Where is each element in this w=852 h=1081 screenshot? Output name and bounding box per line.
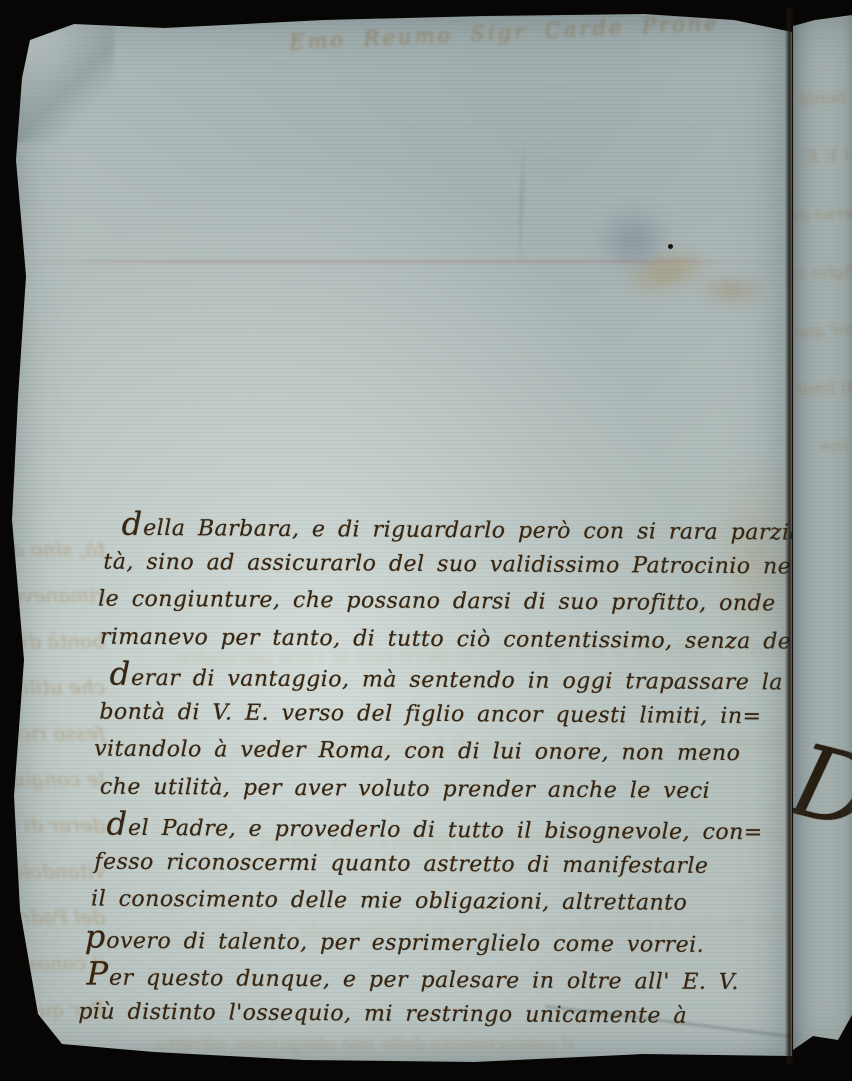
manuscript-line: che utilità, per aver voluto prender anc… [100,768,796,810]
vertical-crease [518,136,526,271]
faded-top-inscription: Emo Reumo Sigr Carde Prone [289,10,750,55]
verso-showthrough-bottom: il conoscimento delle mie obligazioni, a… [154,1030,574,1066]
manuscript-line: Per questo dunque, e per palesare in olt… [86,956,794,998]
horizontal-crease [16,260,782,263]
verso-showthrough-line: fesso riconoscermi quanto astretto di ma… [10,710,105,756]
manuscript-line: rimanevo per tanto, di tutto ciò content… [100,618,797,660]
manuscript-line: bontà di V. E. verso del figlio ancor qu… [99,693,796,735]
verso-showthrough-line: bontà di V. E. verso del figlio ancor qu… [10,618,105,664]
verso-showthrough-line: le congiunture, che possano darsi di suo… [10,756,105,802]
manuscript-line: vitandolo à veder Roma, con di lui onore… [94,731,796,773]
verso-showthrough-line: rimanevo per tanto, di tutto ciò content… [10,572,105,618]
verso-showthrough-line: tà, sino ad assicurarlo del suo validiss… [10,526,105,572]
manuscript-photo: Emo Reumo Sigr Carde Prone tà, sino ad a… [0,0,852,1081]
verso-showthrough-line: che utilità, per aver voluto prender anc… [10,664,105,710]
manuscript-line: povero di talento, per esprimerglielo co… [85,918,795,960]
ink-speck [668,244,673,249]
manuscript-line: le congiunture, che possano darsi di suo… [98,581,797,623]
stain-tan [596,226,737,318]
page-edge-shading [793,10,852,1062]
manuscript-line: del Padre, e provederlo di tutto il biso… [106,806,795,848]
manuscript-line: il conoscimento delle mie obligazioni, a… [91,881,795,923]
facing-page-edge: bontà di V. E. verso del figlio ancor qu… [793,10,852,1062]
top-left-fold-crease [14,22,114,142]
paper-laid-texture [793,10,852,1062]
photo-backdrop: { "page": { "top_inscription": "Emo Reum… [0,0,852,1081]
manuscript-line: della Barbara, e di riguardarlo però con… [122,506,798,548]
verso-showthrough-line: il conoscimento delle mie obligazioni, a… [154,1030,574,1060]
manuscript-line: più distinto l'ossequio, mi restringo un… [78,993,794,1035]
manuscript-line: fesso riconoscermi quanto astretto di ma… [94,843,795,885]
stain-tan [684,266,779,314]
ink-stain-blue [576,190,691,290]
manuscript-line: tà, sino ad assicurarlo del suo validiss… [103,543,797,585]
verso-showthrough-line: più distinto l'ossequio, mi restringo un… [10,1032,105,1071]
manuscript-page: Emo Reumo Sigr Carde Prone tà, sino ad a… [4,8,792,1066]
manuscript-line: derar di vantaggio, mà sentendo in oggi … [110,656,797,698]
letter-body: della Barbara, e di riguardarlo però con… [90,506,798,1036]
